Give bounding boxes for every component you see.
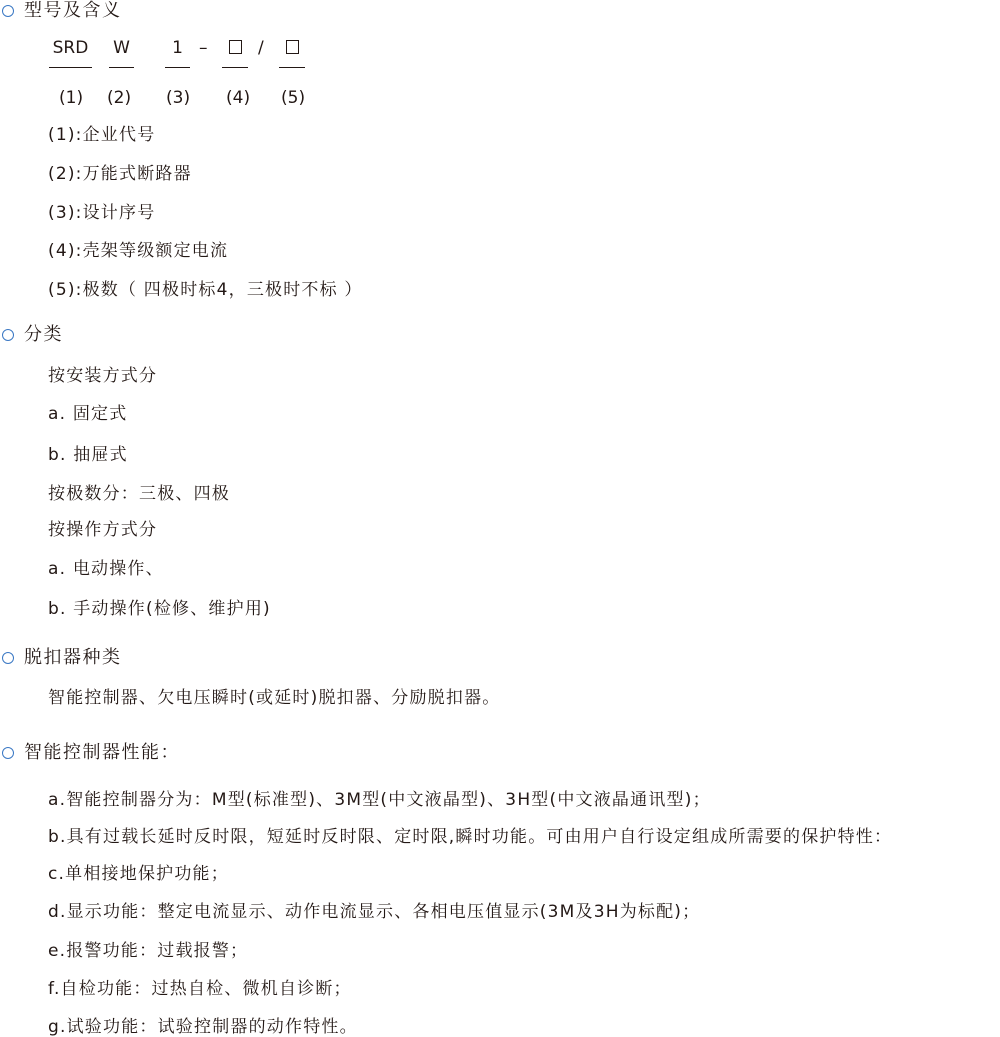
classification-item: b. 手动操作(检修、维护用) (48, 598, 271, 620)
code-index-3: (3) (166, 88, 190, 108)
model-item: (4):壳架等级额定电流 (48, 240, 228, 262)
classification-item: 按极数分：三极、四极 (48, 483, 230, 505)
classification-item: b. 抽屉式 (48, 444, 128, 466)
code-index-1: (1) (59, 88, 83, 108)
classification-item: 按安装方式分 (48, 365, 157, 387)
model-item: (1):企业代号 (48, 124, 155, 146)
controller-item: a.智能控制器分为：M型(标准型)、3M型(中文液晶型)、3H型(中文液晶通讯型… (48, 789, 711, 811)
model-item: (2):万能式断路器 (48, 163, 192, 185)
code-part-1: SRD (49, 38, 92, 58)
classification-item: a. 固定式 (48, 403, 127, 425)
code-index-4: (4) (226, 88, 250, 108)
controller-item: c.单相接地保护功能； (48, 863, 229, 885)
section-title-model: 型号及含义 (24, 0, 122, 22)
code-separator-dash: – (199, 38, 208, 58)
code-separator-slash: / (258, 38, 264, 58)
circle-bullet-icon (2, 329, 14, 341)
classification-item: 按操作方式分 (48, 519, 157, 541)
controller-item: b.具有过载长延时反时限，短延时反时限、定时限,瞬时功能。可由用户自行设定组成所… (48, 826, 892, 848)
placeholder-box-icon (229, 40, 242, 54)
code-underline-5 (279, 67, 305, 68)
circle-bullet-icon (2, 747, 14, 759)
code-underline-4 (222, 67, 248, 68)
code-underline-3 (165, 67, 190, 68)
code-underline-1 (49, 67, 92, 68)
code-part-2: W (109, 38, 134, 58)
code-index-2: (2) (107, 88, 131, 108)
classification-item: a. 电动操作、 (48, 558, 164, 580)
model-item: (3):设计序号 (48, 202, 155, 224)
code-part-5 (279, 38, 305, 58)
controller-item: f.自检功能：过热自检、微机自诊断； (48, 978, 352, 1000)
code-part-3: 1 (165, 38, 190, 58)
controller-item: g.试验功能：试验控制器的动作特性。 (48, 1016, 358, 1037)
section-title-controller: 智能控制器性能： (24, 742, 180, 764)
controller-item: d.显示功能：整定电流显示、动作电流显示、各相电压值显示(3M及3H为标配)； (48, 901, 700, 923)
code-underline-2 (109, 67, 134, 68)
circle-bullet-icon (2, 652, 14, 664)
code-index-5: (5) (281, 88, 305, 108)
releases-item: 智能控制器、欠电压瞬时(或延时)脱扣器、分励脱扣器。 (48, 687, 500, 709)
placeholder-box-icon (286, 40, 299, 54)
circle-bullet-icon (2, 5, 14, 17)
code-part-4 (222, 38, 248, 58)
controller-item: e.报警功能：过载报警； (48, 940, 248, 962)
model-item: (5):极数（ 四极时标4，三极时不标 ） (48, 279, 363, 301)
section-title-releases: 脱扣器种类 (24, 647, 122, 669)
section-title-classification: 分类 (24, 324, 63, 346)
